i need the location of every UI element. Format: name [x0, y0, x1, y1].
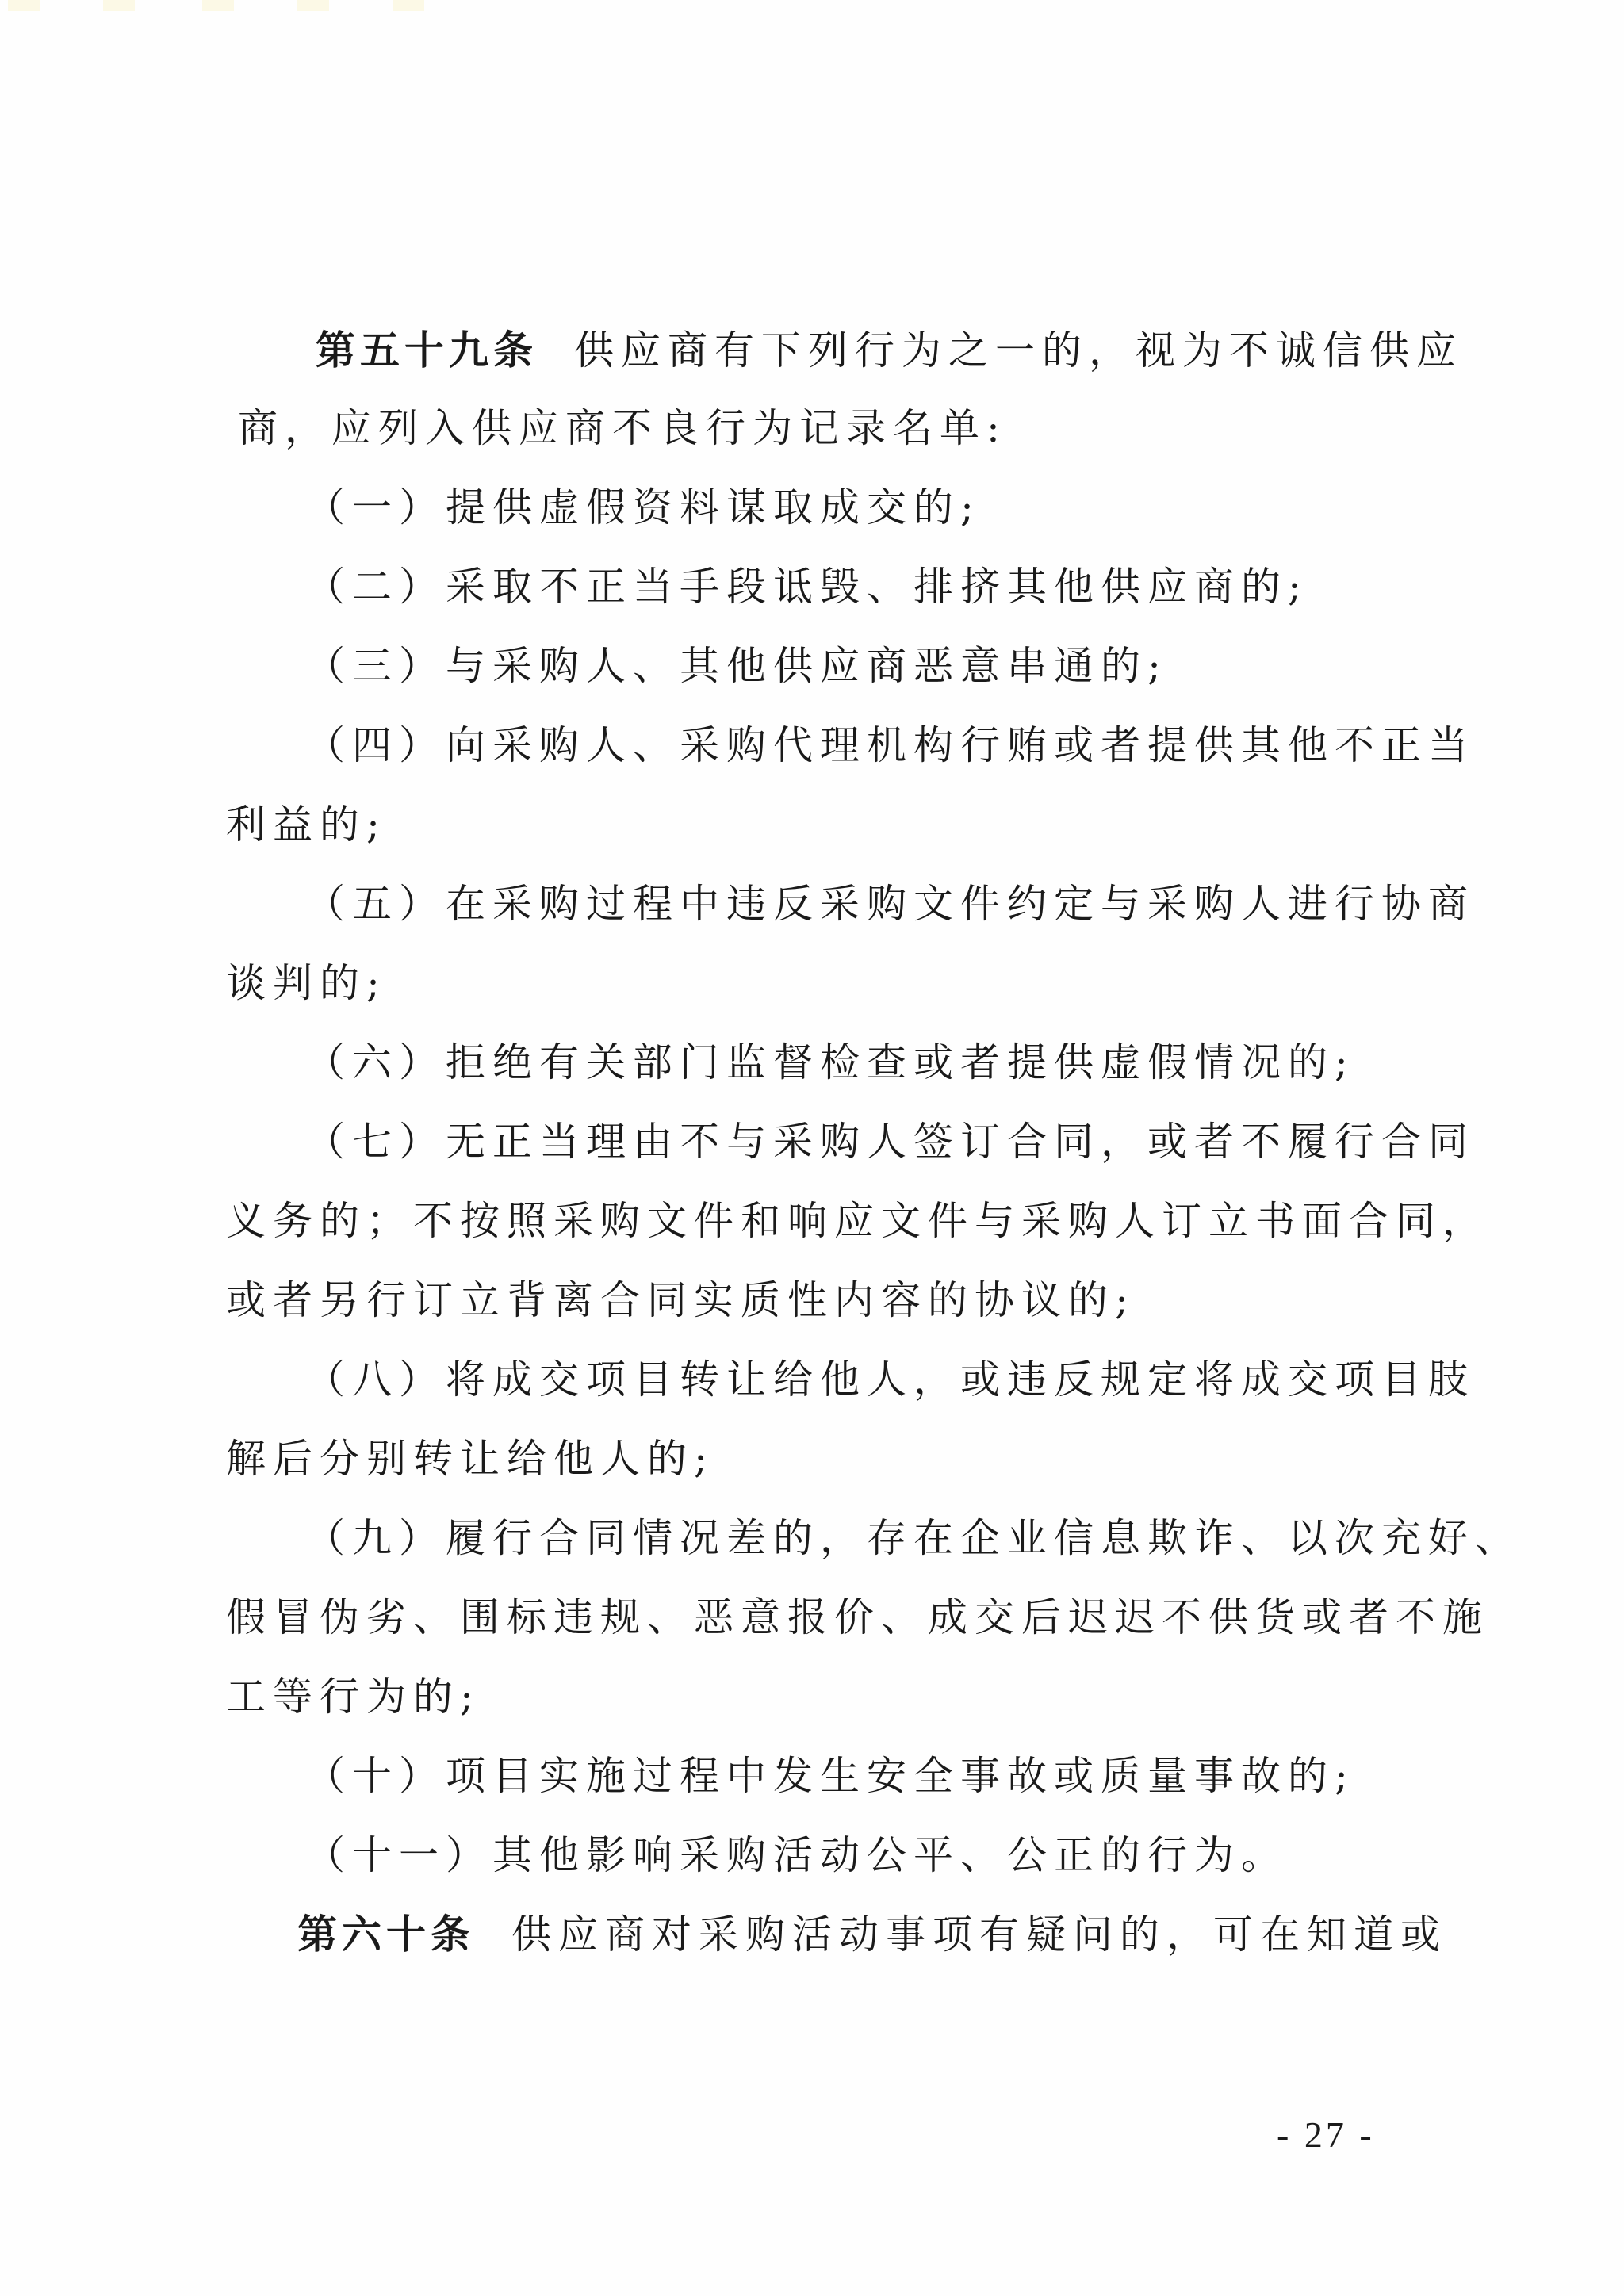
article-60-intro: 供应商对采购活动事项有疑问的，可在知道或 [511, 1911, 1447, 1957]
page-number: - 27 - [1277, 2113, 1375, 2157]
scan-edge-marks [0, 0, 1624, 13]
item-2: （二）采取不正当手段诋毁、排挤其他供应商的; [305, 563, 1308, 610]
item-7-continued-2: 或者另行订立背离合同实质性内容的协议的; [226, 1276, 1136, 1324]
item-8-continued: 解后分别转让给他人的; [226, 1435, 714, 1483]
article-60-heading: 第六十条 [297, 1911, 475, 1957]
item-5: （五）在采购过程中违反采购文件约定与采购人进行协商 [305, 880, 1475, 928]
item-8: （八）将成交项目转让给他人，或违反规定将成交项目肢 [305, 1356, 1475, 1403]
document-page: 第五十九条供应商有下列行为之一的，视为不诚信供应 商，应列入供应商不良行为记录名… [0, 0, 1624, 2296]
item-1: （一）提供虚假资料谋取成交的; [305, 484, 981, 531]
article-59-first-line: 第五十九条供应商有下列行为之一的，视为不诚信供应 [316, 327, 1463, 374]
item-5-continued: 谈判的; [226, 959, 387, 1007]
item-7-continued-1: 义务的；不按照采购文件和响应文件与采购人订立书面合同， [226, 1197, 1489, 1245]
item-4-continued: 利益的; [226, 801, 387, 848]
item-9-continued-2: 工等行为的; [226, 1673, 481, 1720]
item-9: （九）履行合同情况差的，存在企业信息欺诈、以次充好、 [305, 1514, 1522, 1562]
item-10: （十）项目实施过程中发生安全事故或质量事故的; [305, 1752, 1355, 1800]
item-7: （七）无正当理由不与采购人签订合同，或者不履行合同 [305, 1118, 1475, 1165]
article-59-heading: 第五十九条 [316, 327, 538, 373]
item-9-continued-1: 假冒伪劣、围标违规、恶意报价、成交后迟迟不供货或者不施 [226, 1594, 1489, 1641]
item-4: （四）向采购人、采购代理机构行贿或者提供其他不正当 [305, 721, 1475, 769]
article-60-first-line: 第六十条供应商对采购活动事项有疑问的，可在知道或 [297, 1911, 1447, 1958]
item-3: （三）与采购人、其他供应商恶意串通的; [305, 642, 1168, 690]
article-59-intro-continued: 商，应列入供应商不良行为记录名单: [238, 404, 1007, 452]
article-59-intro: 供应商有下列行为之一的，视为不诚信供应 [574, 327, 1463, 373]
item-6: （六）拒绝有关部门监督检查或者提供虚假情况的; [305, 1039, 1355, 1086]
item-11: （十一）其他影响采购活动公平、公正的行为。 [305, 1831, 1288, 1879]
